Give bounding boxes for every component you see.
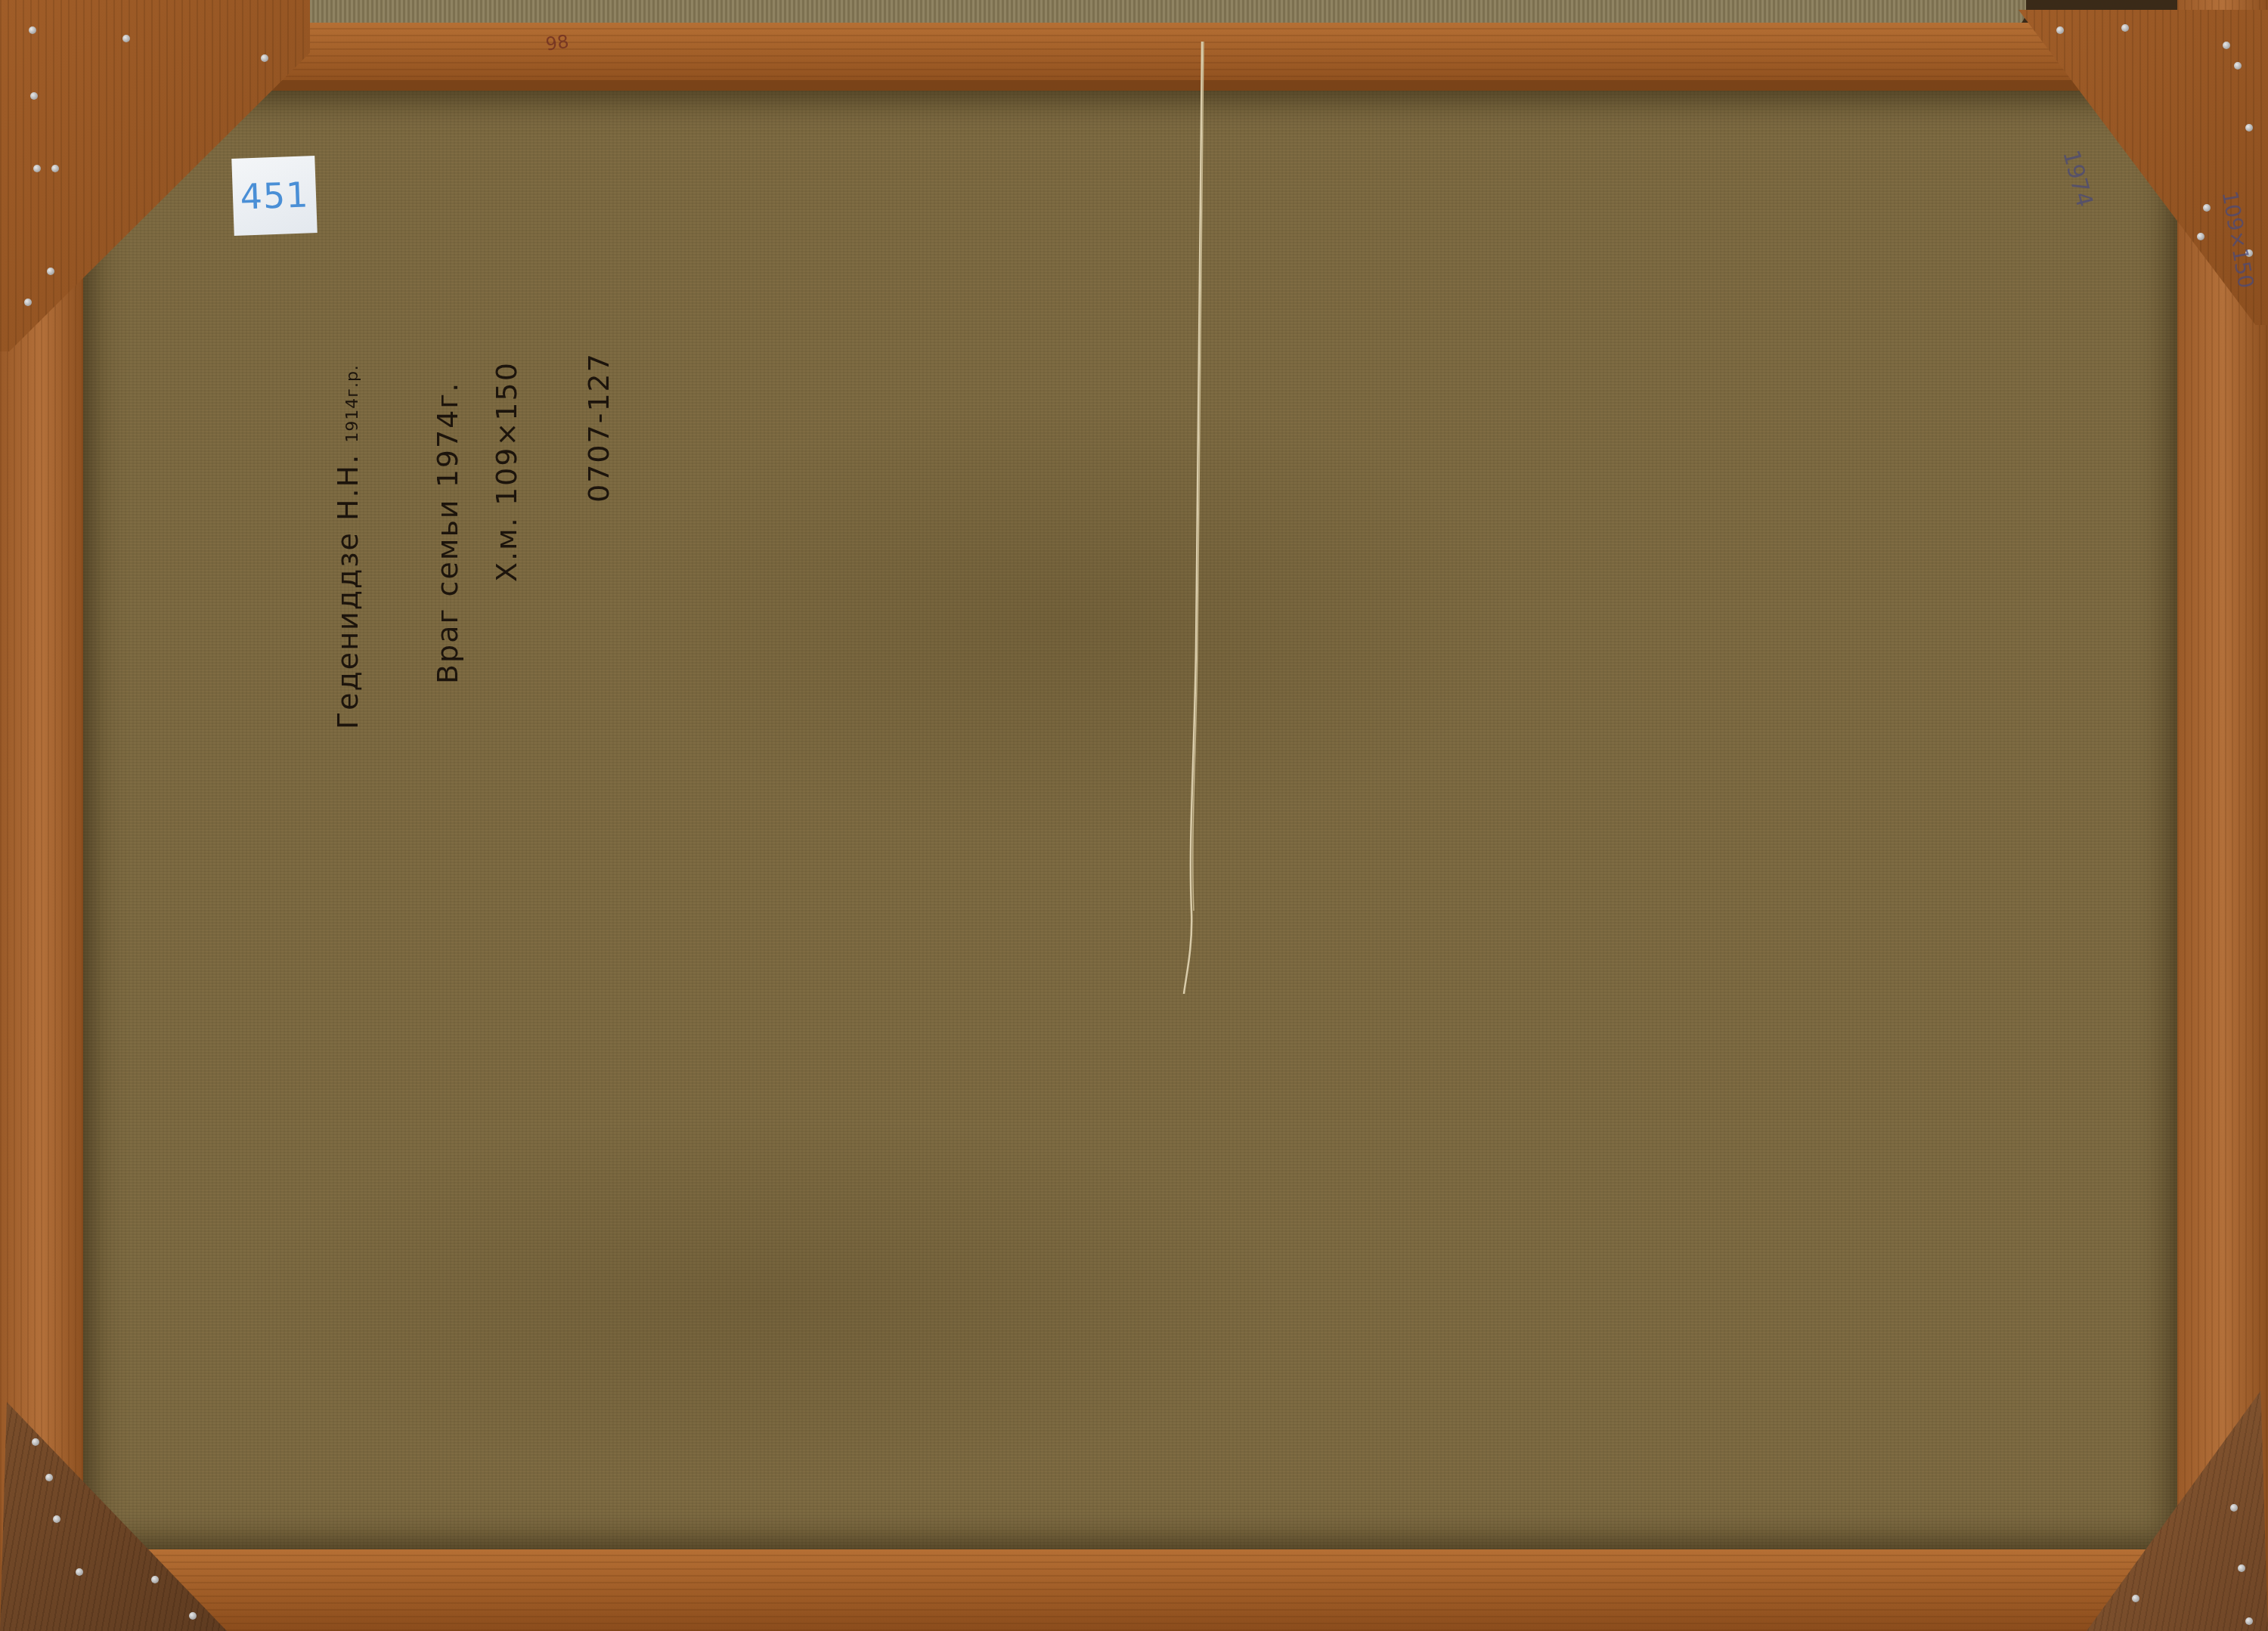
nail <box>32 1438 39 1446</box>
nail <box>2203 204 2211 212</box>
sticker-number: 451 <box>240 174 310 217</box>
medium-size: Х.м. 109×150 <box>490 361 523 582</box>
inscription-title: Враг семьи 1974г. <box>431 382 464 684</box>
painting-year: 1974г. <box>431 382 464 488</box>
stretcher-bar-top <box>0 23 2268 91</box>
painting-title: Враг семьи <box>431 498 464 684</box>
inscription-inventory: 0707-127 <box>582 352 615 503</box>
inventory-sticker: 451 <box>231 156 317 236</box>
nail <box>261 54 268 62</box>
nail <box>47 268 54 275</box>
inscription-artist: Гедениддзе Н.Н. 1914г.р. <box>331 364 364 729</box>
nail <box>30 92 38 100</box>
artist-birth-year: 1914г.р. <box>343 364 362 443</box>
nail <box>2245 1617 2253 1625</box>
nail <box>189 1612 197 1620</box>
nail <box>2245 124 2253 132</box>
artist-name: Гедениддзе Н.Н. <box>331 453 364 729</box>
nail <box>122 35 130 42</box>
nail <box>2121 24 2129 32</box>
stretcher-bar-bottom <box>0 1549 2268 1631</box>
inscription-medium-size: Х.м. 109×150 <box>490 361 523 582</box>
nail <box>2234 62 2242 70</box>
nail <box>76 1568 83 1576</box>
nail <box>45 1474 53 1481</box>
nail <box>51 165 59 172</box>
pencil-note-top-bar: 98 <box>544 31 570 55</box>
nail <box>24 299 32 306</box>
stretcher-lip <box>0 80 2268 91</box>
nail <box>151 1576 159 1583</box>
nail <box>2238 1564 2245 1572</box>
inventory-number: 0707-127 <box>582 352 615 503</box>
nail <box>2056 26 2064 34</box>
nail <box>2132 1595 2139 1602</box>
nail <box>2230 1504 2238 1512</box>
painting-back: 451 Гедениддзе Н.Н. 1914г.р. Враг семьи … <box>0 0 2268 1631</box>
nail <box>2197 233 2204 240</box>
nail <box>53 1515 60 1523</box>
linen-canvas <box>83 91 2177 1549</box>
nail <box>2223 42 2230 49</box>
nail <box>29 26 36 34</box>
nail <box>33 165 41 172</box>
